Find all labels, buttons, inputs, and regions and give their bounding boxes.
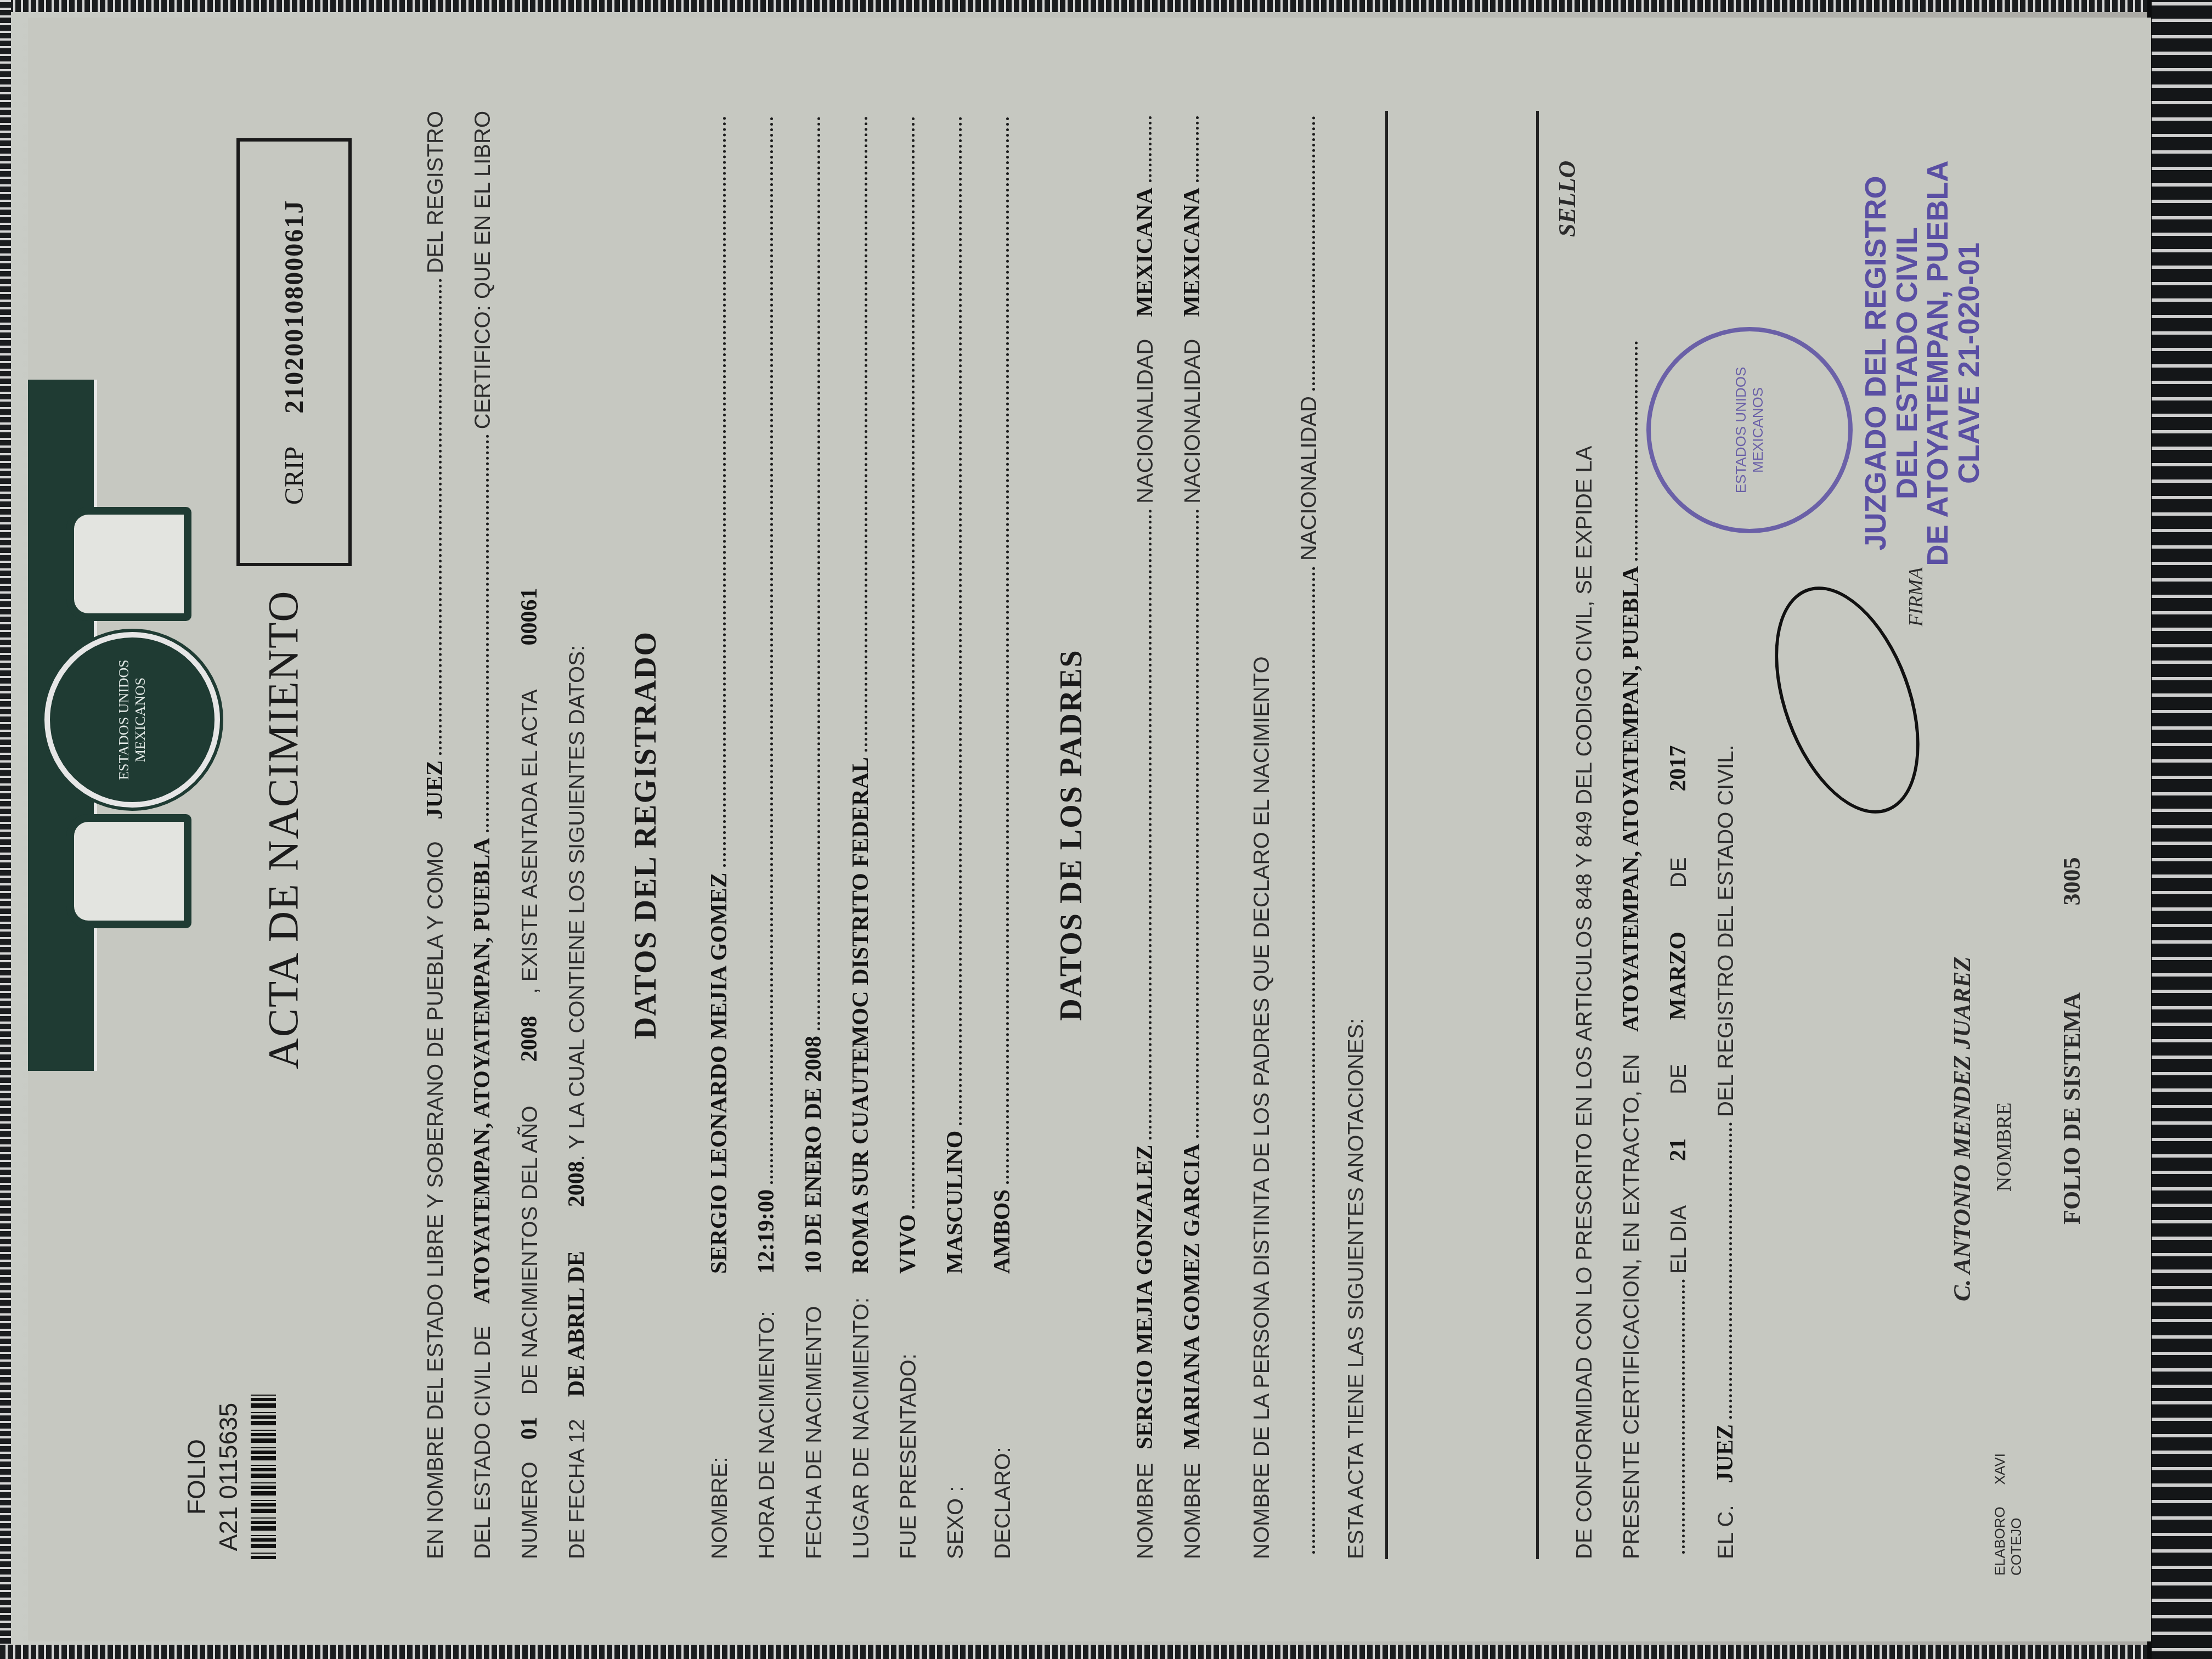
crip-label: CRIP — [279, 447, 309, 505]
registrado-fields: NOMBRE:SERGIO LEONARDO MEJIA GOMEZHORA D… — [685, 111, 1015, 1559]
stamp-line-4: CLAVE 21-020-01 — [1954, 155, 1985, 572]
acta-label: , EXISTE ASENTADA EL ACTA — [518, 689, 543, 994]
field-value: AMBOS — [989, 1189, 1015, 1274]
field-value: 10 DE ENERO DE 2008 — [800, 1036, 827, 1274]
registrado-field-row: LUGAR DE NACIMIENTO:ROMA SUR CUAUTEMOC D… — [827, 111, 874, 1559]
declarante-line: NOMBRE DE LA PERSONA DISTINTA DE LOS PAD… — [1227, 111, 1274, 1559]
folio-sistema: FOLIO DE SISTEMA 3005 — [2058, 857, 2086, 1224]
declarante-nationality-label: NACIONALIDAD — [1297, 396, 1322, 561]
divider-2 — [1536, 111, 1539, 1559]
security-border-bottom — [0, 1645, 2212, 1659]
security-border-left — [0, 0, 11, 1659]
field-label: DECLARO: — [991, 1274, 1015, 1559]
stamp-line-2: DEL ESTADO CIVIL — [1892, 155, 1923, 572]
preamble-tail-4: . Y LA CUAL CONTIENE LOS SIGUIENTES DATO… — [565, 645, 590, 1161]
registrado-field-row: FUE PRESENTADO:VIVO — [874, 111, 921, 1559]
field-label: NOMBRE: — [708, 1274, 732, 1559]
de-label-2: DE — [1667, 857, 1691, 888]
elaboro-label: ELABORO — [1991, 1506, 2008, 1576]
dia-label: EL DIA — [1667, 1205, 1691, 1274]
ornament-right-icon — [66, 507, 191, 621]
parent-name: MARIANA GOMEZ GARCIA — [1179, 1143, 1205, 1449]
registrado-field-row: SEXO :MASCULINO — [921, 111, 968, 1559]
registrado-field-row: HORA DE NACIMIENTO:12:19:00 — [732, 111, 780, 1559]
security-border-right — [2147, 0, 2212, 1659]
preamble-tail-1: DEL REGISTRO — [424, 111, 448, 273]
stamp-line-1: JUZGADO DEL REGISTRO — [1860, 155, 1892, 572]
parent-nationality-label: NACIONALIDAD — [1181, 339, 1205, 504]
section-title-padres: DATOS DE LOS PADRES — [1054, 111, 1089, 1559]
expedicion-month: MARZO — [1665, 932, 1691, 1020]
official-seal-stamp-icon: ESTADOS UNIDOS MEXICANOS — [1646, 327, 1853, 533]
field-value: 12:19:00 — [753, 1189, 780, 1274]
field-value: MASCULINO — [942, 1131, 968, 1274]
signer-caption: NOMBRE — [1992, 1102, 2016, 1192]
field-value: SERGIO LEONARDO MEJIA GOMEZ — [706, 872, 732, 1274]
preamble-line-1: EN NOMBRE DEL ESTADO LIBRE Y SOBERANO DE… — [401, 111, 448, 1559]
parent-name-label: NOMBRE — [1133, 1449, 1158, 1559]
field-label: FUE PRESENTADO: — [896, 1274, 921, 1559]
seal-text: ESTADOS UNIDOS MEXICANOS — [1733, 331, 1767, 529]
acta-number: 00061 — [516, 588, 543, 645]
el-c-label: EL C. — [1714, 1505, 1739, 1559]
field-label: SEXO : — [944, 1274, 968, 1559]
registrado-field-row: NOMBRE:SERGIO LEONARDO MEJIA GOMEZ — [685, 111, 732, 1559]
birth-certificate-page: ESTADOS UNIDOS MEXICANOS FOLIO A21 01156… — [28, 18, 2151, 1641]
libro-numero: 01 — [516, 1417, 543, 1440]
expedicion-place: ATOYATEMPAN, ATOYATEMPAN, PUEBLA — [1618, 566, 1644, 1032]
folio-value: A21 0115635 — [213, 1395, 243, 1559]
juez-role: JUEZ — [1712, 1424, 1739, 1483]
declarante-value-line: NACIONALIDAD — [1274, 111, 1322, 1559]
signer-name: C. ANTONIO MENDEZ JUAREZ — [1948, 957, 1976, 1301]
preamble-line-2: DEL ESTADO CIVIL DE ATOYATEMPAN, ATOYATE… — [448, 111, 495, 1559]
fecha-year: 2008 — [563, 1161, 590, 1207]
security-border-top — [0, 0, 2212, 12]
nacimientos-label: DE NACIMIENTOS DEL AÑO — [518, 1105, 543, 1395]
stamp-line-3: DE ATOYATEMPAN, PUEBLA — [1922, 155, 1954, 572]
crip-box: CRIP 21020010800061J — [236, 138, 352, 566]
anotaciones-label: ESTA ACTA TIENE LAS SIGUIENTES ANOTACION… — [1344, 1018, 1369, 1559]
parent-row: NOMBREMARIANA GOMEZ GARCIANACIONALIDADME… — [1158, 111, 1205, 1559]
field-label: LUGAR DE NACIMIENTO: — [849, 1274, 874, 1559]
parent-nationality-label: NACIONALIDAD — [1133, 339, 1158, 504]
parent-row: NOMBRESERGIO MEJIA GONZALEZNACIONALIDADM… — [1111, 111, 1158, 1559]
cotejo-label: COTEJO — [2008, 1453, 2025, 1576]
field-value: VIVO — [895, 1214, 921, 1274]
firma-label: FIRMA — [1904, 567, 1927, 627]
fecha-month: DE ABRIL DE — [563, 1251, 590, 1397]
registrado-field-row: FECHA DE NACIMIENTO10 DE ENERO DE 2008 — [780, 111, 827, 1559]
divider-1 — [1385, 111, 1388, 1559]
certificacion-text-2: PRESENTE CERTIFICACION, EN EXTRACTO, EN — [1620, 1054, 1644, 1559]
padres-rows: NOMBRESERGIO MEJIA GONZALEZNACIONALIDADM… — [1111, 111, 1205, 1559]
folio-sistema-value: 3005 — [2058, 857, 2085, 905]
fecha-label: DE FECHA 12 — [565, 1419, 590, 1559]
mexican-eagle-emblem-icon: ESTADOS UNIDOS MEXICANOS — [44, 632, 220, 808]
folio-label: FOLIO — [182, 1395, 211, 1559]
certificacion-line-2: PRESENTE CERTIFICACION, EN EXTRACTO, EN … — [1597, 111, 1644, 1559]
national-emblem-header: ESTADOS UNIDOS MEXICANOS — [28, 533, 225, 917]
registrado-field-row: DECLARO:AMBOS — [968, 111, 1015, 1559]
preamble-text-2: DEL ESTADO CIVIL DE — [471, 1326, 495, 1559]
crip-value: 21020010800061J — [279, 200, 309, 414]
expedicion-day: 21 — [1665, 1138, 1691, 1161]
certificacion-line-1: DE CONFORMIDAD CON LO PRESCRITO EN LOS A… — [1550, 111, 1597, 1559]
emblem-text: ESTADOS UNIDOS MEXICANOS — [116, 637, 149, 802]
registry-place: ATOYATEMPAN, ATOYATEMPAN, PUEBLA — [469, 838, 495, 1304]
preamble-tail-2: CERTIFICO: QUE EN EL LIBRO — [471, 111, 495, 429]
declarante-label: NOMBRE DE LA PERSONA DISTINTA DE LOS PAD… — [1250, 656, 1274, 1559]
certificacion-text-1: DE CONFORMIDAD CON LO PRESCRITO EN LOS A… — [1572, 446, 1597, 1560]
elaboro-value: XAVI — [1991, 1453, 2008, 1485]
expedicion-year: 2017 — [1665, 746, 1691, 792]
anotaciones-line: ESTA ACTA TIENE LAS SIGUIENTES ANOTACION… — [1322, 111, 1369, 1559]
field-label: HORA DE NACIMIENTO: — [755, 1274, 780, 1559]
numero-label: NUMERO — [518, 1462, 543, 1559]
elaboro-block: ELABOROXAVI COTEJO — [1992, 1453, 2025, 1576]
parent-nationality: MEXICANA — [1132, 188, 1158, 317]
certificacion-line-3: EL DIA 21 DE MARZO DE 2017 — [1644, 111, 1691, 1559]
preamble-role: JUEZ — [422, 760, 448, 819]
preamble-line-4: DE FECHA 12 DE ABRIL DE 2008 . Y LA CUAL… — [543, 111, 590, 1559]
preamble-text-1: EN NOMBRE DEL ESTADO LIBRE Y SOBERANO DE… — [424, 841, 448, 1559]
certificate-body: EN NOMBRE DEL ESTADO LIBRE Y SOBERANO DE… — [401, 111, 1739, 1559]
folio-sistema-label: FOLIO DE SISTEMA — [2058, 994, 2085, 1224]
parent-name: SERGIO MEJIA GONZALEZ — [1132, 1145, 1158, 1449]
sello-label: SELLO — [1553, 161, 1581, 237]
registro-label: DEL REGISTRO DEL ESTADO CIVIL. — [1714, 744, 1739, 1117]
libro-year: 2008 — [516, 1015, 543, 1062]
ornament-left-icon — [66, 814, 191, 928]
field-value: ROMA SUR CUAUTEMOC DISTRITO FEDERAL — [848, 757, 874, 1274]
parent-name-label: NOMBRE — [1181, 1449, 1205, 1559]
field-label: FECHA DE NACIMIENTO — [802, 1274, 827, 1559]
section-title-registrado: DATOS DEL REGISTRADO — [628, 111, 663, 1559]
de-label-1: DE — [1667, 1064, 1691, 1094]
parent-nationality: MEXICANA — [1179, 188, 1205, 317]
preamble-line-3: NUMERO 01 DE NACIMIENTOS DEL AÑO 2008 , … — [495, 111, 543, 1559]
court-stamp: JUZGADO DEL REGISTRO DEL ESTADO CIVIL DE… — [1860, 155, 1985, 572]
